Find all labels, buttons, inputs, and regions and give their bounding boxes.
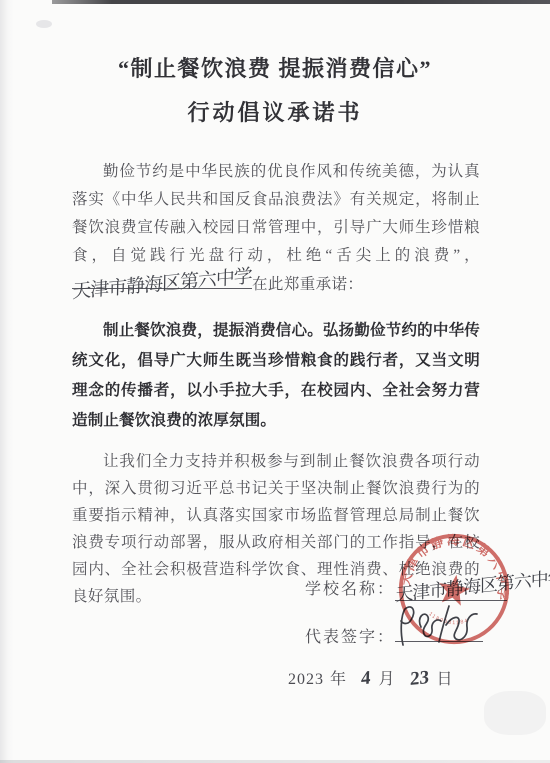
paragraph-1: 勤俭节约是中华民族的优良作风和传统美德，为认真落实《中华人民共和国反食品浪费法》…	[72, 158, 480, 299]
date-day-suffix: 日	[437, 671, 454, 688]
date-day-handwritten: 23	[409, 667, 429, 691]
scan-edge-top	[52, 0, 550, 4]
paragraph-1-text-before-blank: 勤俭节约是中华民族的优良作风和传统美德，为认真落实《中华人民共和国反食品浪费法》…	[72, 163, 480, 264]
seal-star-icon	[436, 572, 472, 607]
scan-edge-left	[0, 0, 14, 763]
document-title: “制止餐饮浪费 提振消费信心”	[40, 54, 510, 84]
school-name-handwritten-inline: 天津市静海区第六中学	[72, 263, 252, 307]
paragraph-2-pledge-bold: 制止餐饮浪费，提振消费信心。弘扬勤俭节约的中华传统文化，倡导广大师生既当珍惜粮食…	[72, 316, 480, 436]
date-year-suffix: 年	[330, 671, 347, 688]
scan-smudge	[36, 20, 52, 28]
svg-text:1180031184: 1180031184	[426, 611, 471, 630]
seal-serial-number: 1180031184	[426, 611, 471, 630]
date-row: 2023年4月23日	[288, 666, 454, 690]
representative-signature-label: 代表签字：	[305, 629, 395, 646]
school-name-blank-line: 天津市静海区第六中学	[72, 270, 252, 289]
document-subtitle: 行动倡议承诺书	[40, 98, 510, 128]
date-month-suffix: 月	[379, 671, 396, 688]
scanned-pledge-document: “制止餐饮浪费 提振消费信心” 行动倡议承诺书 勤俭节约是中华民族的优良作风和传…	[0, 0, 550, 763]
paragraph-1-text-after-blank: 在此郑重承诺：	[252, 276, 363, 293]
date-month-handwritten: 4	[361, 667, 371, 690]
date-year: 2023	[288, 671, 324, 688]
scan-smudge	[484, 691, 546, 735]
school-name-label: 学校名称：	[305, 581, 395, 598]
school-seal-stamp: 天津市静海区第六中学 1180031184	[387, 522, 521, 656]
